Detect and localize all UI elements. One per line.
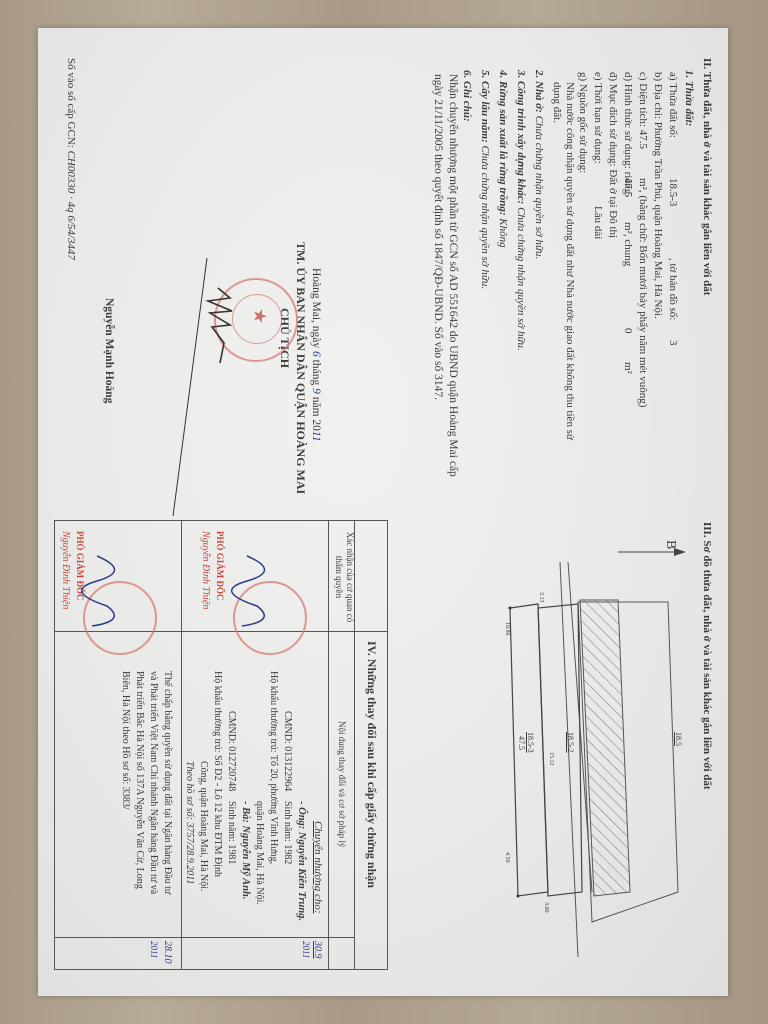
map-sheet-number: 3 (665, 340, 680, 346)
date-month: 9 (310, 388, 322, 394)
section-ii: II. Thửa đất, nhà ở và tài sản khác gắn … (38, 28, 728, 512)
col-authority-header: Xác nhận của cơ quan có thẩm quyền (333, 529, 355, 625)
entry2-signer-name: Nguyễn Đình Thiện (58, 531, 73, 609)
registry-label: Số vào sổ cấp GCN: (65, 58, 77, 148)
entry1-signer-name: Nguyễn Đình Thiện (198, 531, 213, 609)
other-works-item: 3. Công trình xây dựng khác: Chưa chứng … (513, 70, 528, 351)
origin-label: g) Nguồn gốc sử dụng: (575, 72, 590, 173)
dim-bottom: 3.13 (533, 592, 548, 603)
certificate-photo: II. Thửa đất, nhà ở và tài sản khác gắn … (38, 28, 728, 996)
entry1-person2-addr1: Hộ khẩu thường trú: Số D2 - Lô 12 khu ĐT… (210, 671, 225, 877)
entry1-person2-birth: Sinh năm: 1981 (224, 801, 239, 864)
area-words: m², (bằng chữ: Bốn mươi bảy phẩy năm mét… (635, 178, 650, 407)
entry1-person1-birth: Sinh năm: 1982 (280, 801, 295, 864)
issue-date: Hoàng Mai, ngày 6 tháng 9 năm 2011 (308, 268, 323, 442)
note-line2: ngày 21/11/2005 theo quyết định số 1847/… (430, 74, 445, 400)
row-divider (181, 521, 182, 969)
entry1-person2-name: - Bà: Nguyễn Mỹ Anh. (238, 801, 253, 900)
parcel-main-area: 47.5 (514, 736, 529, 750)
usage-shared-label: m², chung (620, 222, 635, 266)
entry1-signature-icon (227, 551, 287, 631)
other-works-value: Chưa chứng nhận quyền sở hữu. (515, 207, 527, 351)
origin-line2: dụng đất. (549, 82, 564, 123)
col-content-header: Nội dung thay đổi và cơ sở pháp lý (334, 721, 349, 848)
house-value: Chưa chứng nhận quyền sở hữu. (533, 116, 545, 260)
issuing-org: TM. ỦY BAN NHÂN DÂN QUẬN HOÀNG MAI (293, 242, 308, 494)
perennial-item: 5. Cây lâu năm: Chưa chứng nhận quyền sở… (477, 70, 492, 289)
entry1-person1-name: - Ông: Nguyễn Kiên Trung. (294, 801, 309, 921)
date-month-label: tháng (310, 360, 322, 386)
entry2-line1: Thế chấp bằng quyền sử dụng đất tại Ngân… (160, 671, 175, 894)
changes-table: IV. Những thay đổi sau khi cấp giấy chứn… (54, 520, 388, 970)
dim-shared: 15.12 (543, 752, 558, 766)
forest-item: 4. Rừng sản xuất là rừng trồng: Không (495, 70, 510, 248)
dim-left-a: 4.50 (499, 852, 514, 863)
parcel-number: 18.5-3 (665, 178, 680, 206)
entry1-signer-role: PHÓ GIÁM ĐỐC (212, 531, 227, 601)
house-item: 2. Nhà ở: Chưa chứng nhận quyền sở hữu. (531, 70, 546, 259)
registry-value: CH00330 · 4ą 6/54/3447 (65, 151, 77, 260)
entry1-year: 2011 (298, 941, 313, 958)
chairman-name: Nguyễn Mạnh Hoàng (101, 298, 116, 403)
land-use-certificate: II. Thửa đất, nhà ở và tài sản khác gắn … (38, 28, 728, 996)
entry1-person1-addr1: Hộ khẩu thường trú: Tổ 20, phường Vĩnh H… (266, 671, 281, 864)
entry1-person1-addr2: quận Hoàng Mai, Hà Nội. (252, 801, 267, 905)
house-label: 2. Nhà ở: (533, 70, 545, 113)
forest-value: Không (497, 218, 509, 247)
entry2-line2: và Phát triển Việt Nam Chi nhánh Ngân hà… (146, 671, 161, 894)
date-year: 11 (310, 431, 322, 442)
area-label: c) Diện tích: 47.5 (635, 72, 650, 149)
dim-top: 3.00 (538, 902, 553, 913)
section-iii-iv: III. Sơ đồ thửa đất, nhà ở và tài sản kh… (38, 512, 728, 996)
usage-term: Lâu dài (590, 206, 605, 239)
entry2-date: 28.10 (160, 941, 175, 964)
date-prefix: Hoàng Mai, ngày (310, 268, 322, 348)
section-ii-title: II. Thửa đất, nhà ở và tài sản khác gắn … (699, 58, 714, 295)
section-iii-title: III. Sơ đồ thửa đất, nhà ở và tài sản kh… (699, 522, 714, 790)
diagonal-line-icon (153, 258, 213, 518)
usage-unit: m² (620, 362, 635, 374)
perennial-label: 5. Cây lâu năm: (479, 70, 491, 143)
usage-private-area: 47.5 (620, 178, 635, 197)
perennial-value: Chưa chứng nhận quyền sở hữu. (479, 145, 491, 289)
entry1-file-number: Theo hồ sơ số: 3757/28.9.2011 (182, 761, 197, 885)
entry1-person1-id: CMND: 013122964 (280, 711, 295, 791)
other-works-label: 3. Công trình xây dựng khác: (515, 70, 527, 204)
forest-label: 4. Rừng sản xuất là rừng trồng: (497, 70, 509, 216)
usage-shared-area: 0 (620, 328, 635, 334)
entry2-line3: Phát triển Bắc Hà Nội số 137A Nguyễn Văn… (132, 671, 147, 889)
date-year-label: năm 20 (310, 397, 322, 431)
parcel-neighbor-label: 18.5-2 (563, 732, 578, 753)
entry1-person2-addr2: Công, quận Hoàng Mai, Hà Nội. (196, 761, 211, 892)
map-sheet-label: , tờ bản đồ số: (665, 258, 680, 320)
entry2-line4: Biên, Hà Nội theo Hồ sơ số: 3383/ (118, 671, 133, 810)
origin-line1: Nhà nước công nhận quyền sử dụng đất như… (562, 82, 577, 440)
entry2-signature-icon (77, 551, 137, 631)
entry1-person2-id: CMND: 012720748 (224, 711, 239, 791)
entry1-heading: Chuyển nhượng cho: (310, 821, 325, 914)
date-day: 6 (310, 351, 322, 357)
parcel-number-label: a) Thửa đất số: (665, 72, 680, 138)
date-column-divider (55, 937, 355, 938)
changes-table-header-row: Xác nhận của cơ quan có thẩm quyền Nội d… (328, 521, 355, 969)
usage-purpose: đ) Mục đích sử dụng: Đất ở tại Đô thị (605, 72, 620, 238)
north-arrow-label: B (663, 540, 678, 549)
usage-form-label: d) Hình thức sử dụng: riêng (620, 72, 635, 194)
registry-number-line: Số vào sổ cấp GCN: CH00330 · 4ą 6/54/344… (63, 58, 78, 260)
section-iv-title: IV. Những thay đổi sau khi cấp giấy chứn… (364, 641, 379, 888)
parcel-far-label: 18.5 (671, 732, 686, 746)
entry2-year: 2011 (146, 941, 161, 958)
address: b) Địa chỉ: Phường Trần Phú, quận Hoàng … (650, 72, 665, 319)
usage-term-label: e) Thời hạn sử dụng: (590, 72, 605, 164)
note-label: 6. Ghi chú: (459, 70, 474, 122)
dim-left-b: 10.86 (499, 622, 514, 636)
note-line1: Nhận chuyển nhượng một phần từ GCN số AD… (445, 74, 460, 477)
land-heading: 1. Thửa đất: (681, 70, 696, 126)
